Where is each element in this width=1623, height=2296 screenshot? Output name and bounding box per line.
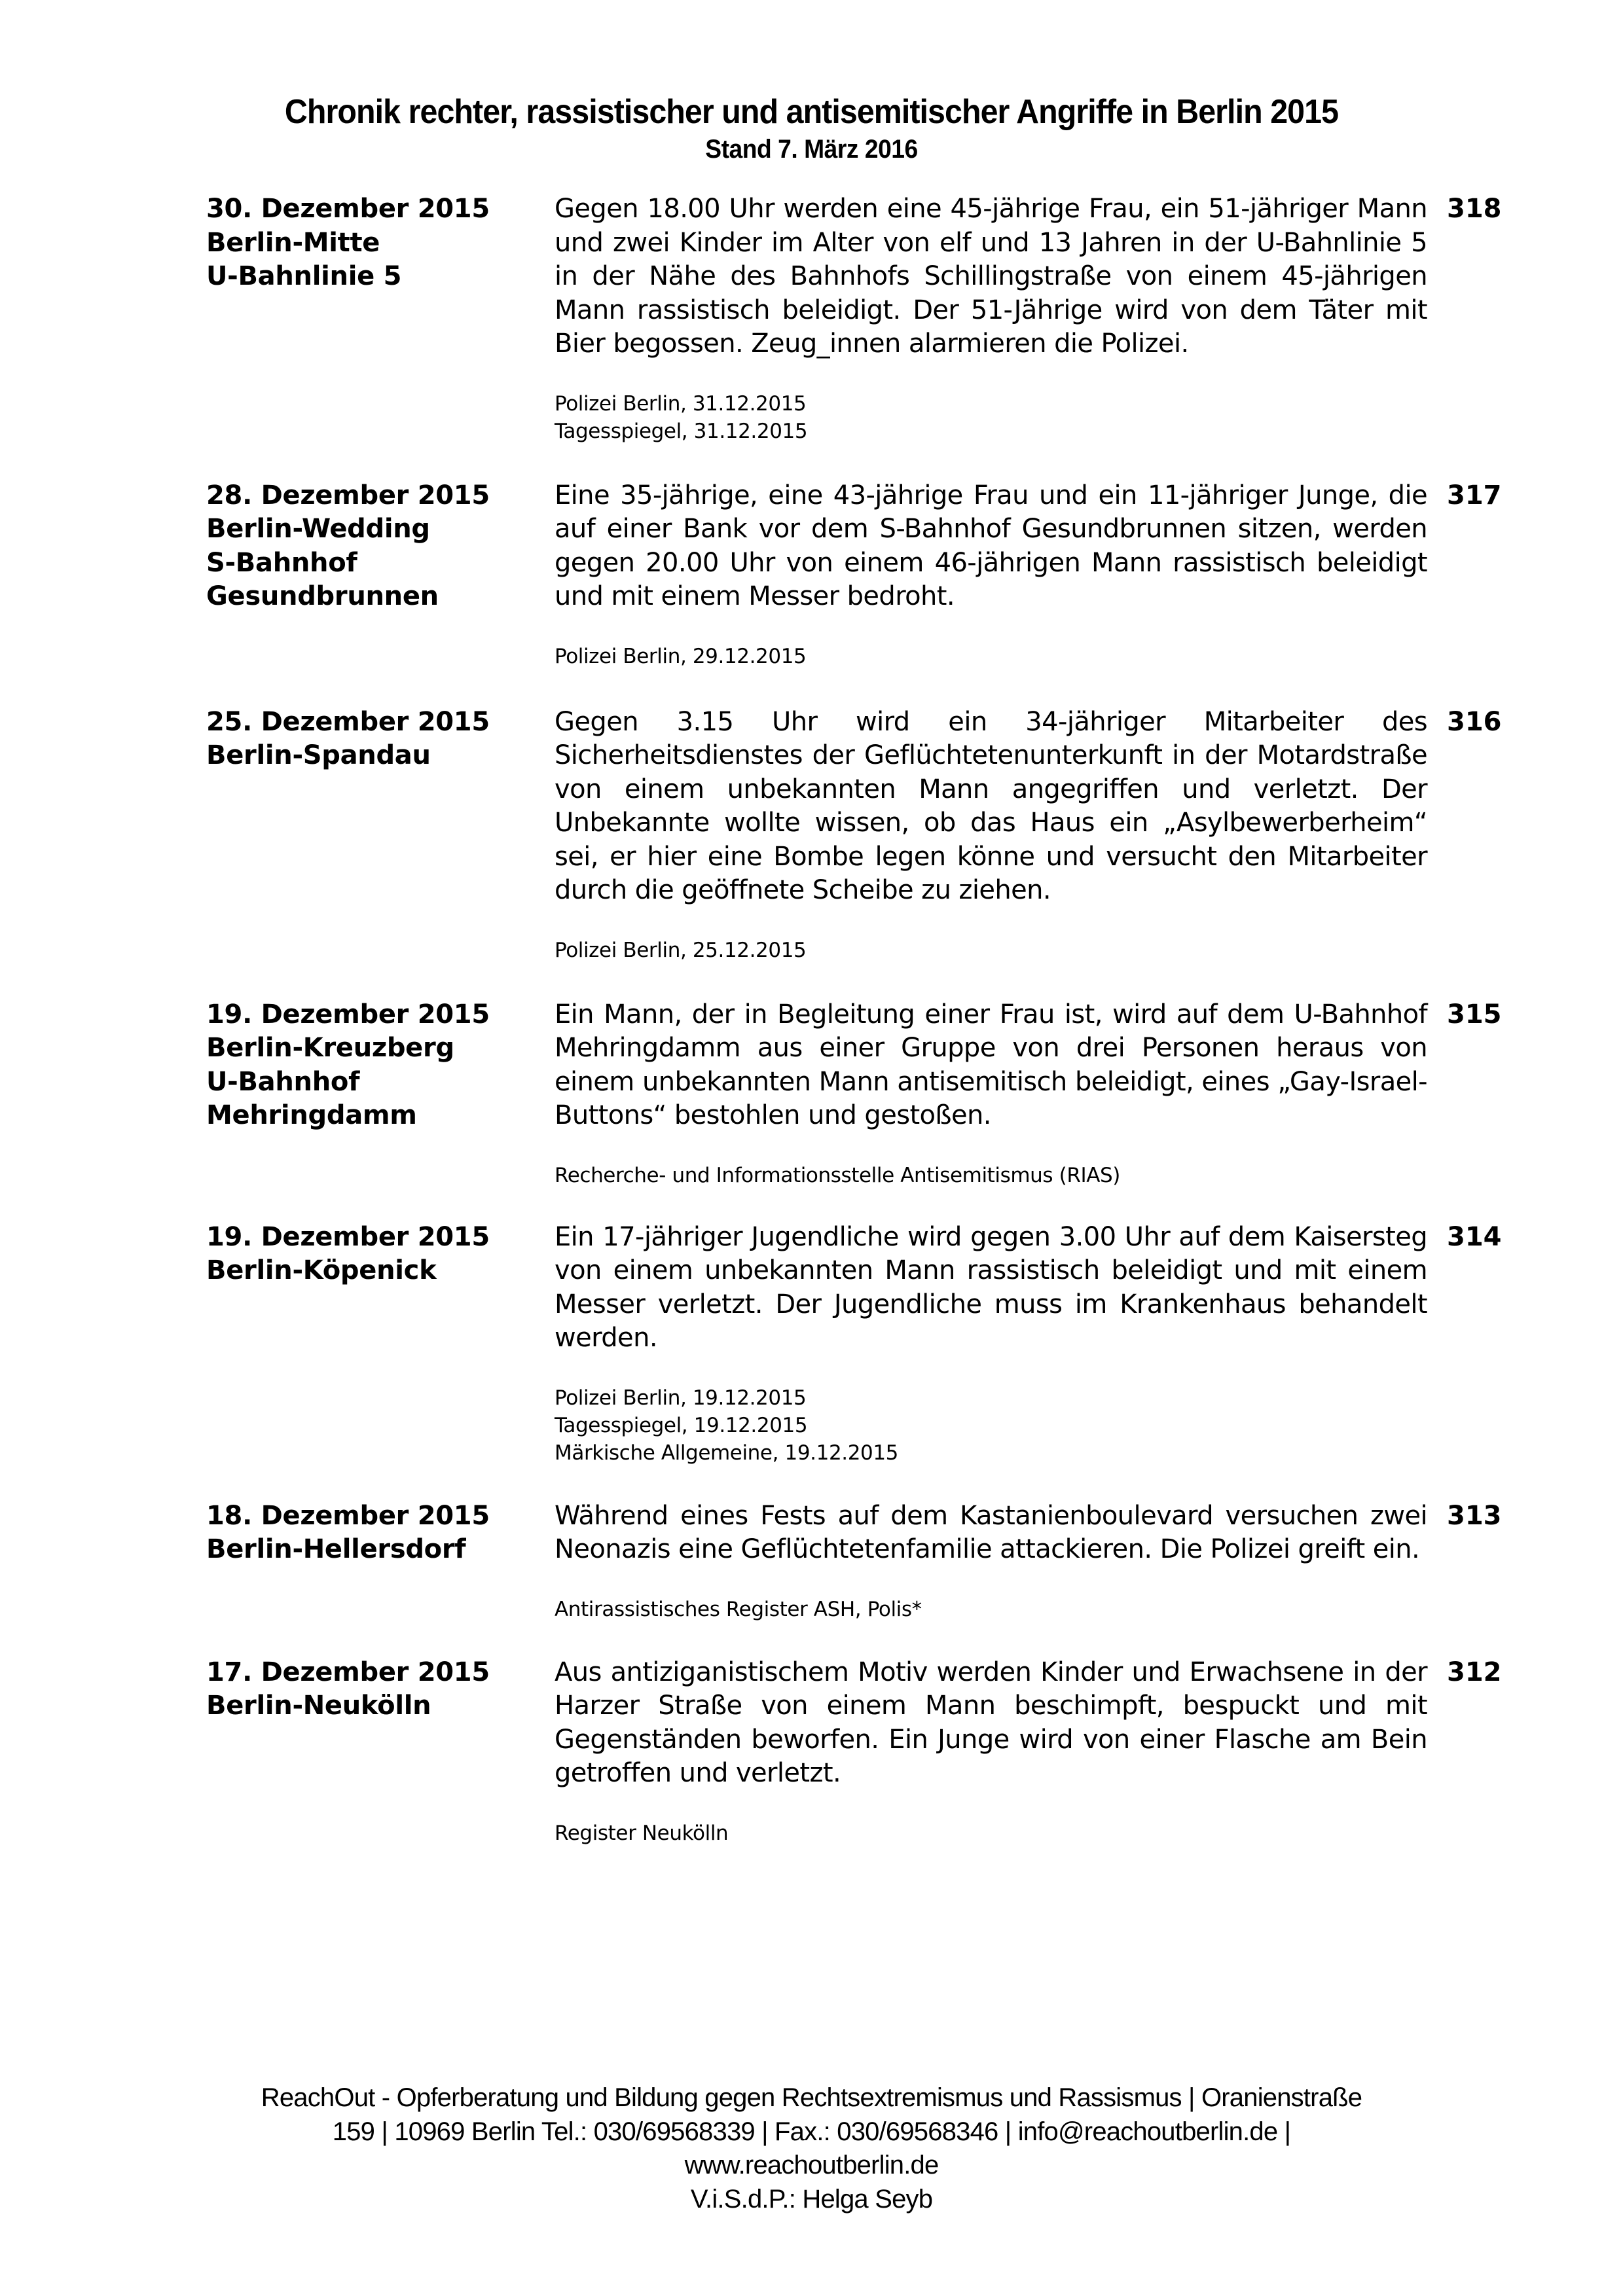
footer-line: V.i.S.d.P.: Helga Seyb bbox=[0, 2183, 1623, 2217]
entry-description: Während eines Fests auf dem Kastanienbou… bbox=[555, 1499, 1427, 1567]
entry-date-location: 17. Dezember 2015 Berlin-Neukölln bbox=[206, 1656, 555, 1723]
entry-location-line: Berlin-Mitte bbox=[206, 226, 555, 260]
entry-body: Eine 35-jährige, eine 43-jährige Frau un… bbox=[555, 479, 1427, 670]
entry-source: Polizei Berlin, 29.12.2015 bbox=[555, 643, 1427, 670]
entry-source: Antirassistisches Register ASH, Polis* bbox=[555, 1596, 1427, 1623]
entry-location: Berlin-KreuzbergU-BahnhofMehringdamm bbox=[206, 1031, 555, 1133]
entry-location-line: S-Bahnhof bbox=[206, 547, 555, 581]
entry-date: 28. Dezember 2015 bbox=[206, 479, 555, 513]
entry-location: Berlin-Spandau bbox=[206, 739, 555, 773]
entry-location-line: Berlin-Köpenick bbox=[206, 1254, 555, 1288]
entry-description: Ein 17-jähriger Jugendliche wird gegen 3… bbox=[555, 1221, 1427, 1355]
entry-date-location: 30. Dezember 2015 Berlin-MitteU-Bahnlini… bbox=[206, 192, 555, 294]
entry-description: Gegen 18.00 Uhr werden eine 45-jährige F… bbox=[555, 192, 1427, 361]
entry-number: 318 bbox=[1447, 192, 1502, 226]
entry-location-line: Mehringdamm bbox=[206, 1099, 555, 1133]
entry-location: Berlin-Neukölln bbox=[206, 1689, 555, 1723]
entry-description: Gegen 3.15 Uhr wird ein 34-jähriger Mita… bbox=[555, 706, 1427, 908]
entry-body: Gegen 18.00 Uhr werden eine 45-jährige F… bbox=[555, 192, 1427, 445]
entry-location-line: Berlin-Spandau bbox=[206, 739, 555, 773]
entry-sources: Polizei Berlin, 19.12.2015Tagesspiegel, … bbox=[555, 1384, 1427, 1467]
chronicle-entries: 30. Dezember 2015 Berlin-MitteU-Bahnlini… bbox=[206, 192, 1489, 1847]
document-footer: ReachOut - Opferberatung und Bildung geg… bbox=[0, 2081, 1623, 2216]
entry-source: Tagesspiegel, 19.12.2015 bbox=[555, 1412, 1427, 1439]
entry-date-location: 28. Dezember 2015 Berlin-WeddingS-Bahnho… bbox=[206, 479, 555, 614]
entry-location: Berlin-Köpenick bbox=[206, 1254, 555, 1288]
chronicle-entry: 30. Dezember 2015 Berlin-MitteU-Bahnlini… bbox=[206, 192, 1489, 445]
chronicle-entry: 18. Dezember 2015 Berlin-Hellersdorf Wäh… bbox=[206, 1499, 1489, 1623]
entry-date: 17. Dezember 2015 bbox=[206, 1656, 555, 1690]
entry-source: Polizei Berlin, 31.12.2015 bbox=[555, 390, 1427, 418]
entry-date-location: 19. Dezember 2015 Berlin-KreuzbergU-Bahn… bbox=[206, 998, 555, 1133]
footer-line: 159 | 10969 Berlin Tel.: 030/69568339 | … bbox=[0, 2115, 1623, 2149]
entry-location-line: U-Bahnlinie 5 bbox=[206, 260, 555, 294]
entry-number: 317 bbox=[1447, 479, 1502, 513]
chronicle-entry: 17. Dezember 2015 Berlin-Neukölln Aus an… bbox=[206, 1656, 1489, 1847]
entry-body: Ein Mann, der in Begleitung einer Frau i… bbox=[555, 998, 1427, 1189]
document-title: Chronik rechter, rassistischer und antis… bbox=[57, 92, 1566, 132]
entry-sources: Polizei Berlin, 25.12.2015 bbox=[555, 937, 1427, 964]
entry-date: 19. Dezember 2015 bbox=[206, 998, 555, 1032]
entry-location: Berlin-Hellersdorf bbox=[206, 1533, 555, 1567]
entry-location-line: Berlin-Wedding bbox=[206, 512, 555, 547]
entry-location-line: Gesundbrunnen bbox=[206, 580, 555, 614]
entry-number: 313 bbox=[1447, 1499, 1502, 1534]
entry-body: Während eines Fests auf dem Kastanienbou… bbox=[555, 1499, 1427, 1623]
chronicle-entry: 19. Dezember 2015 Berlin-KreuzbergU-Bahn… bbox=[206, 998, 1489, 1189]
entry-sources: Polizei Berlin, 31.12.2015Tagesspiegel, … bbox=[555, 390, 1427, 445]
entry-number: 312 bbox=[1447, 1656, 1502, 1690]
entry-source: Recherche- und Informationsstelle Antise… bbox=[555, 1162, 1427, 1189]
entry-number: 316 bbox=[1447, 706, 1502, 740]
entry-sources: Recherche- und Informationsstelle Antise… bbox=[555, 1162, 1427, 1189]
entry-location-line: Berlin-Neukölln bbox=[206, 1689, 555, 1723]
document-subtitle: Stand 7. März 2016 bbox=[57, 132, 1566, 166]
entry-body: Gegen 3.15 Uhr wird ein 34-jähriger Mita… bbox=[555, 706, 1427, 964]
entry-date-location: 18. Dezember 2015 Berlin-Hellersdorf bbox=[206, 1499, 555, 1567]
entry-source: Register Neukölln bbox=[555, 1820, 1427, 1847]
entry-location-line: Berlin-Hellersdorf bbox=[206, 1533, 555, 1567]
entry-date: 19. Dezember 2015 bbox=[206, 1221, 555, 1255]
footer-line: www.reachoutberlin.de bbox=[0, 2149, 1623, 2183]
entry-date: 30. Dezember 2015 bbox=[206, 192, 555, 226]
entry-body: Ein 17-jähriger Jugendliche wird gegen 3… bbox=[555, 1221, 1427, 1467]
entry-source: Märkische Allgemeine, 19.12.2015 bbox=[555, 1439, 1427, 1467]
document-header: Chronik rechter, rassistischer und antis… bbox=[0, 92, 1623, 166]
entry-body: Aus antiziganistischem Motiv werden Kind… bbox=[555, 1656, 1427, 1847]
entry-location: Berlin-MitteU-Bahnlinie 5 bbox=[206, 226, 555, 294]
entry-number: 314 bbox=[1447, 1221, 1502, 1255]
entry-number: 315 bbox=[1447, 998, 1502, 1032]
chronicle-entry: 19. Dezember 2015 Berlin-Köpenick Ein 17… bbox=[206, 1221, 1489, 1467]
entry-sources: Polizei Berlin, 29.12.2015 bbox=[555, 643, 1427, 670]
entry-source: Tagesspiegel, 31.12.2015 bbox=[555, 418, 1427, 445]
entry-date: 25. Dezember 2015 bbox=[206, 706, 555, 740]
footer-line: ReachOut - Opferberatung und Bildung geg… bbox=[0, 2081, 1623, 2115]
entry-location-line: Berlin-Kreuzberg bbox=[206, 1031, 555, 1066]
entry-source: Polizei Berlin, 25.12.2015 bbox=[555, 937, 1427, 964]
entry-date: 18. Dezember 2015 bbox=[206, 1499, 555, 1534]
entry-description: Aus antiziganistischem Motiv werden Kind… bbox=[555, 1656, 1427, 1791]
entry-location: Berlin-WeddingS-BahnhofGesundbrunnen bbox=[206, 512, 555, 614]
entry-location-line: U-Bahnhof bbox=[206, 1066, 555, 1100]
entry-date-location: 19. Dezember 2015 Berlin-Köpenick bbox=[206, 1221, 555, 1288]
entry-description: Eine 35-jährige, eine 43-jährige Frau un… bbox=[555, 479, 1427, 614]
entry-date-location: 25. Dezember 2015 Berlin-Spandau bbox=[206, 706, 555, 773]
entry-source: Polizei Berlin, 19.12.2015 bbox=[555, 1384, 1427, 1412]
entry-sources: Antirassistisches Register ASH, Polis* bbox=[555, 1596, 1427, 1623]
entry-description: Ein Mann, der in Begleitung einer Frau i… bbox=[555, 998, 1427, 1133]
chronicle-entry: 25. Dezember 2015 Berlin-Spandau Gegen 3… bbox=[206, 706, 1489, 964]
entry-sources: Register Neukölln bbox=[555, 1820, 1427, 1847]
chronicle-entry: 28. Dezember 2015 Berlin-WeddingS-Bahnho… bbox=[206, 479, 1489, 670]
